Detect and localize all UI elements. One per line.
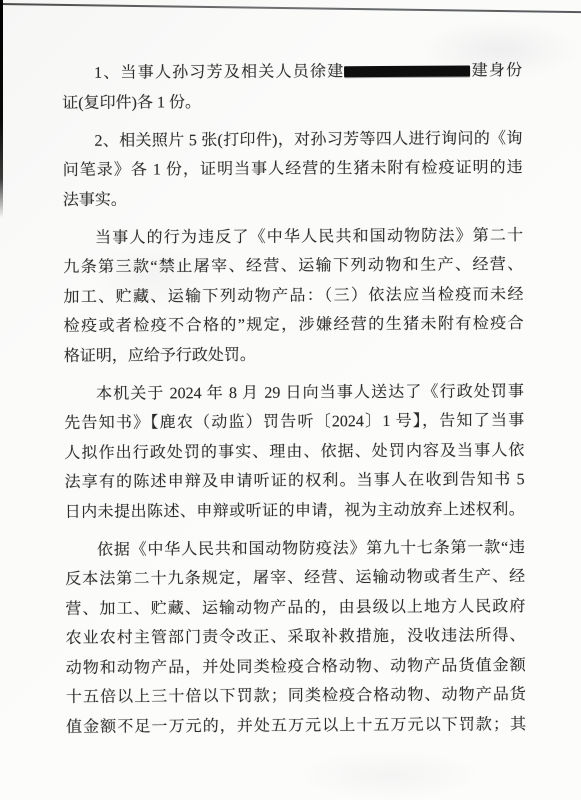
text-line: 加工、贮藏、运输下列动物产品：（三）依法应当检疫而未经	[63, 280, 523, 312]
text-line: 检疫或者检疫不合格的”规定，涉嫌经营的生猪未附有检疫合	[64, 309, 524, 341]
text-line: 反本法第二十九条规定，屠宰、经营、运输动物或者生产、经	[65, 562, 525, 594]
paragraph-notification: 本机关于 2024 年 8 月 29 日向当事人送达了《行政处罚事 先告知书》【…	[64, 377, 525, 527]
paragraph-legal-basis: 依据《中华人民共和国动物防疫法》第九十七条第一款“违 反本法第二十九条规定，屠宰…	[65, 533, 526, 742]
scan-blotch	[300, 750, 480, 800]
text-line: 法享有的陈述申辩及申请听证的权利。当事人在收到告知书 5	[64, 465, 524, 497]
text-segment: 1、当事人孙习芳及相关人员徐建	[94, 63, 344, 82]
text-line: 1、当事人孙习芳及相关人员徐建建身份	[62, 56, 522, 88]
scanned-document-page: 1、当事人孙习芳及相关人员徐建建身份 证(复印件)各 1 份。 2、相关照片 5…	[0, 0, 581, 800]
text-line: 日内未提出陈述、申辩或听证的申请，视为主动放弃上述权利。	[65, 495, 525, 527]
text-line: 当事人的行为违反了《中华人民共和国动物防法》第二十	[63, 221, 523, 253]
text-line: 先告知书》【鹿农（动监）罚告听〔2024〕1 号】，告知了当事	[64, 406, 524, 438]
text-line: 值金额不足一万元的，并处五万元以上十五万元以下罚款；其	[66, 710, 526, 742]
text-line: 动物和动物产品，并处同类检疫合格动物、动物产品货值金额	[66, 651, 526, 683]
text-line: 十五倍以上三十倍以下罚款；同类检疫合格动物、动物产品货	[66, 680, 526, 712]
text-line: 九条第三款“禁止屠宰、经营、运输下列动物和生产、经营、	[63, 250, 523, 282]
text-line: 营、加工、贮藏、运输动物产品的，由县级以上地方人民政府	[65, 592, 525, 624]
document-body: 1、当事人孙习芳及相关人员徐建建身份 证(复印件)各 1 份。 2、相关照片 5…	[62, 56, 526, 742]
scan-left-edge-strip	[0, 0, 3, 218]
paragraph-evidence-1: 1、当事人孙习芳及相关人员徐建建身份 证(复印件)各 1 份。	[62, 56, 522, 118]
text-segment: 建身份	[470, 62, 522, 79]
text-line: 问笔录》各 1 份，证明当事人经营的生猪未附有检疫证明的违	[63, 153, 523, 185]
redaction-bar	[344, 66, 470, 78]
text-line: 人拟作出行政处罚的事实、理由、依据、处罚内容及当事人依	[64, 436, 524, 468]
text-line: 格证明，应给予行政处罚。	[64, 339, 524, 371]
text-line: 农业农村主管部门责令改正、采取补救措施，没收违法所得、	[65, 621, 525, 653]
text-line: 依据《中华人民共和国动物防疫法》第九十七条第一款“违	[65, 533, 525, 565]
text-line: 本机关于 2024 年 8 月 29 日向当事人送达了《行政处罚事	[64, 377, 524, 409]
paragraph-evidence-2: 2、相关照片 5 张(打印件)，对孙习芳等四人进行询问的《询 问笔录》各 1 份…	[62, 124, 523, 215]
text-line: 证(复印件)各 1 份。	[62, 86, 522, 118]
scan-top-edge-line	[0, 3, 581, 13]
text-line: 2、相关照片 5 张(打印件)，对孙习芳等四人进行询问的《询	[62, 124, 522, 156]
text-line: 法事实。	[63, 183, 523, 215]
paragraph-violation: 当事人的行为违反了《中华人民共和国动物防法》第二十 九条第三款“禁止屠宰、经营、…	[63, 221, 524, 371]
